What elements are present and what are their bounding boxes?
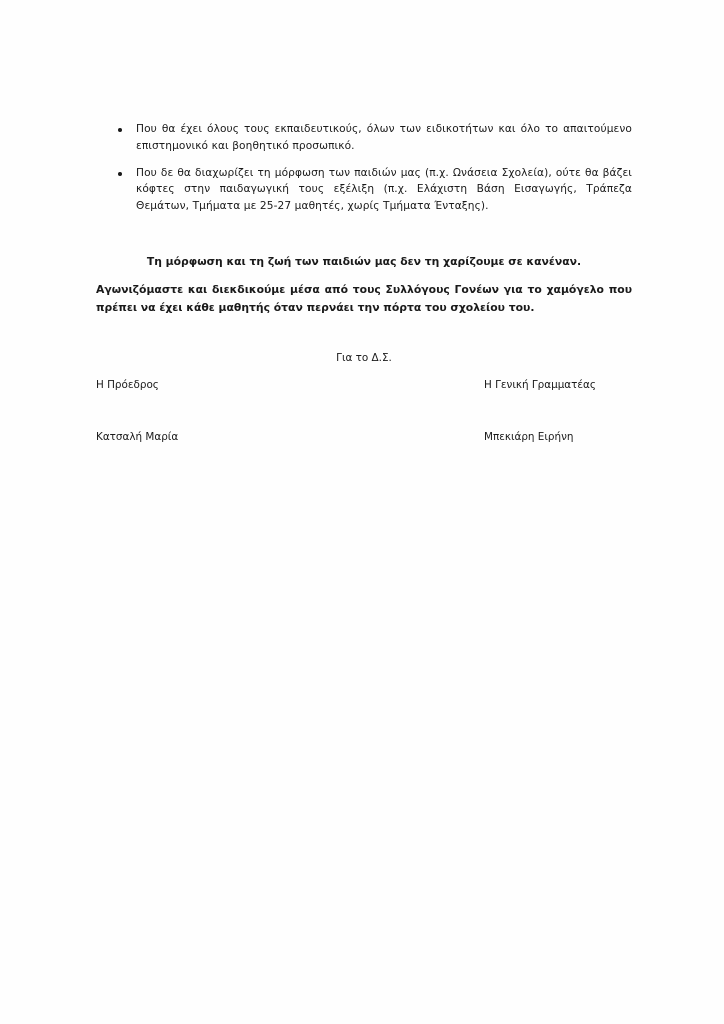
bullet-icon bbox=[118, 172, 122, 176]
bullet-text: Που δε θα διαχωρίζει τη μόρφωση των παιδ… bbox=[136, 167, 632, 213]
secretary-name: Μπεκιάρη Ειρήνη bbox=[484, 430, 573, 444]
closing-paragraph: Αγωνιζόμαστε και διεκδικούμε μέσα από το… bbox=[96, 281, 632, 317]
slogan: Τη μόρφωση και τη ζωή των παιδιών μας δε… bbox=[96, 254, 632, 270]
bullet-text: Που θα έχει όλους τους εκπαιδευτικούς, ό… bbox=[136, 123, 632, 152]
bullet-icon bbox=[118, 128, 122, 132]
on-behalf-label: Για το Δ.Σ. bbox=[96, 351, 632, 365]
secretary-title: Η Γενική Γραμματέας bbox=[484, 378, 596, 392]
list-item: Που δε θα διαχωρίζει τη μόρφωση των παιδ… bbox=[110, 165, 632, 215]
list-item: Που θα έχει όλους τους εκπαιδευτικούς, ό… bbox=[110, 121, 632, 155]
demands-list: Που θα έχει όλους τους εκπαιδευτικούς, ό… bbox=[110, 121, 632, 225]
document-page: Που θα έχει όλους τους εκπαιδευτικούς, ό… bbox=[0, 0, 724, 1024]
president-title: Η Πρόεδρος bbox=[96, 378, 159, 392]
president-name: Κατσαλή Μαρία bbox=[96, 430, 178, 444]
